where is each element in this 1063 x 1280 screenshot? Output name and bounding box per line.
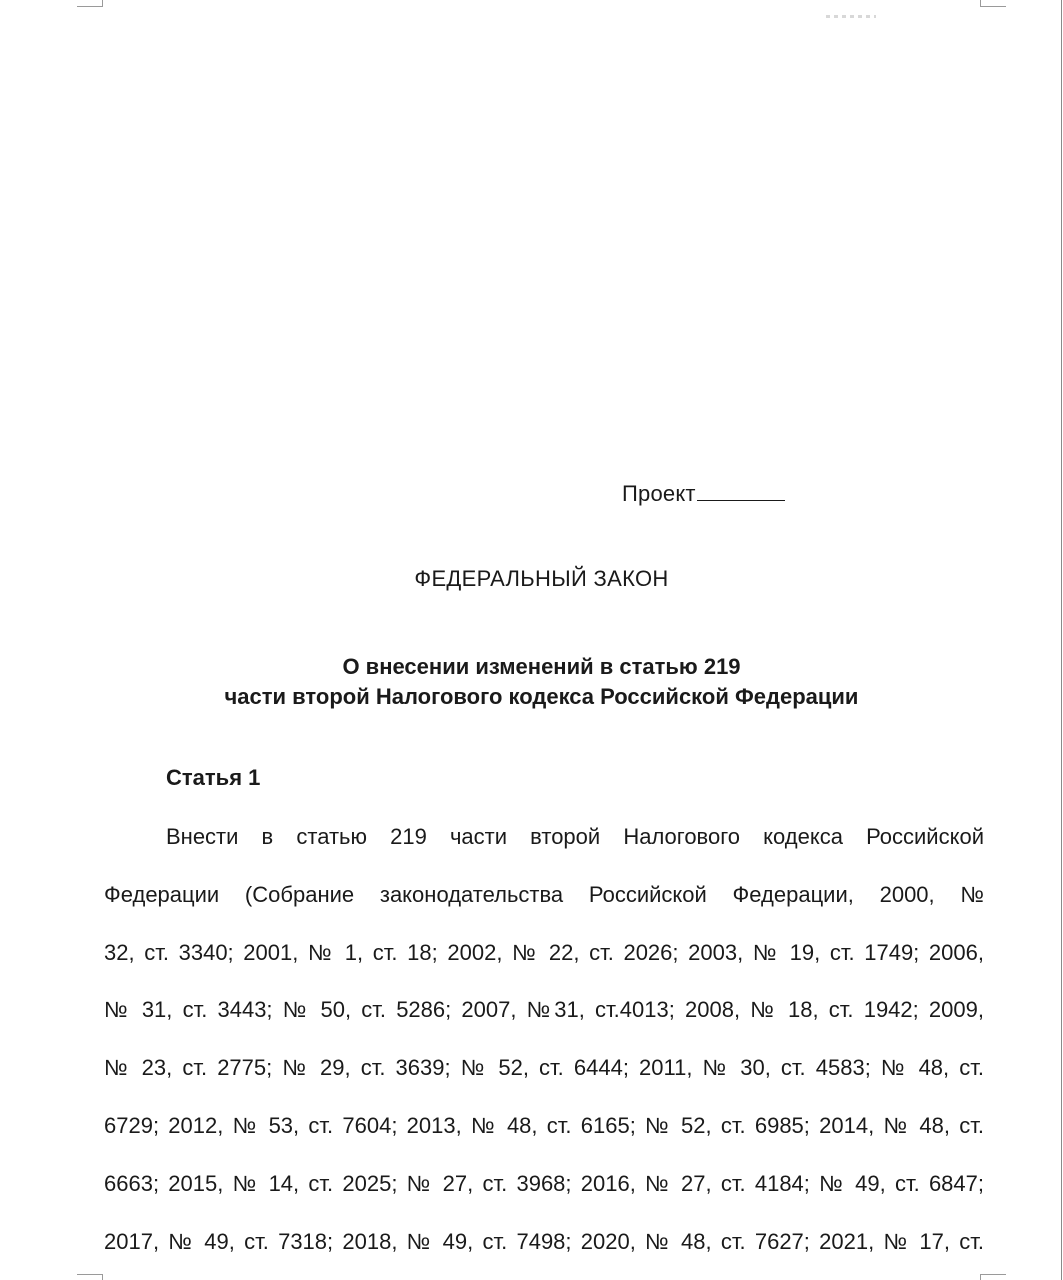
project-blank-line [697,499,785,501]
page-edge-line [1061,0,1062,1280]
body-line: 6663; 2015, № 14, ст. 2025; № 27, ст. 39… [104,1169,984,1227]
crop-mark-top-right [980,0,1006,7]
article-heading: Статья 1 [166,765,260,791]
scan-artifact [826,15,876,18]
article-body: Внести в статью 219 части второй Налогов… [104,822,984,1280]
law-subtitle: О внесении изменений в статью 219 части … [0,652,1063,712]
project-label-text: Проект [622,481,696,506]
body-line: 2017, № 49, ст. 7318; 2018, № 49, ст. 74… [104,1227,984,1280]
body-line: Внести в статью 219 части второй Налогов… [104,822,984,880]
law-subtitle-line-1: О внесении изменений в статью 219 [0,652,1063,682]
body-line: 32, ст. 3340; 2001, № 1, ст. 18; 2002, №… [104,938,984,996]
project-label: Проект [622,481,785,507]
body-line: Федерации (Собрание законодательства Рос… [104,880,984,938]
document-page: Проект ФЕДЕРАЛЬНЫЙ ЗАКОН О внесении изме… [0,0,1063,1280]
body-line: 6729; 2012, № 53, ст. 7604; 2013, № 48, … [104,1111,984,1169]
body-line: № 23, ст. 2775; № 29, ст. 3639; № 52, ст… [104,1053,984,1111]
crop-mark-bottom-left [77,1274,103,1280]
body-line: № 31, ст. 3443; № 50, ст. 5286; 2007, №3… [104,995,984,1053]
law-subtitle-line-2: части второй Налогового кодекса Российск… [0,682,1063,712]
law-title: ФЕДЕРАЛЬНЫЙ ЗАКОН [0,566,1063,592]
crop-mark-top-left [77,0,103,7]
